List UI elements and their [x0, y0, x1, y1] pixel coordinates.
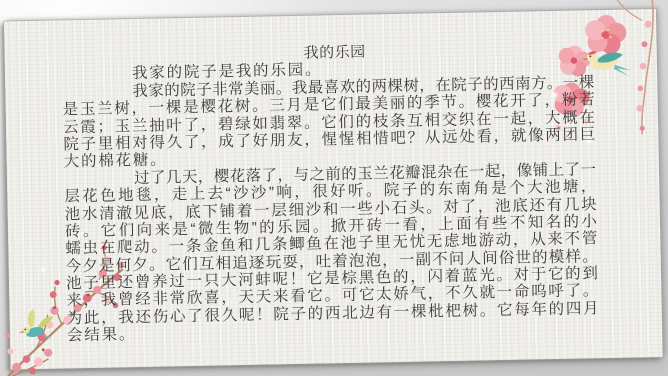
text-lines: 我家的院子是我的乐园。我家的院子非常美丽。我最喜欢的两棵树，在院子的西南方。一棵… — [62, 57, 599, 345]
presentation-slide: 我的乐园 我家的院子是我的乐园。我家的院子非常美丽。我最喜欢的两棵树，在院子的西… — [4, 9, 663, 369]
small-bird-icon — [18, 309, 54, 340]
essay-text-block: 我的乐园 我家的院子是我的乐园。我家的院子非常美丽。我最喜欢的两棵树，在院子的西… — [62, 39, 600, 345]
screenshot-stage: 我的乐园 我家的院子是我的乐园。我家的院子非常美丽。我最喜欢的两棵树，在院子的西… — [0, 0, 668, 376]
sparkle-dot — [42, 268, 45, 271]
